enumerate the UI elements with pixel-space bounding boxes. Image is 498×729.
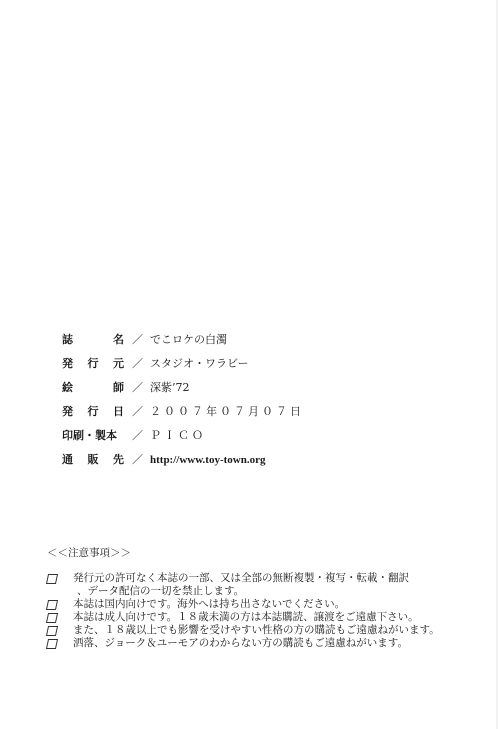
colophon-label: 発行日: [62, 404, 124, 420]
checkbox-square-icon: [46, 600, 58, 610]
notes-title: ＜＜注意事項＞＞: [47, 545, 440, 560]
label-char: 師: [113, 380, 124, 396]
note-item: 発行元の許可なく本誌の一部、又は全部の無断複製・複写・転載・翻訳、データ配信の一…: [47, 572, 440, 598]
label-char: 印刷・製本: [62, 428, 117, 444]
note-item: また、１８歳以上でも影響を受けやすい性格の方の購読もご遠慮ねがいます。: [47, 624, 440, 637]
label-char: 行: [88, 404, 99, 420]
checkbox-square-icon: [46, 639, 58, 649]
notes-section: ＜＜注意事項＞＞ 発行元の許可なく本誌の一部、又は全部の無断複製・複写・転載・翻…: [47, 545, 440, 650]
label-char: 先: [113, 452, 124, 468]
note-item: 本誌は成人向けです。１８歳未満の方は本誌購読、譲渡をご遠慮下さい。: [47, 611, 440, 624]
checkbox-square-icon: [46, 574, 58, 584]
checkbox-square-icon: [46, 613, 58, 623]
checkbox-square-icon: [46, 626, 58, 636]
colophon-label: 絵師: [62, 380, 124, 396]
note-text: 本誌は国内向けです。海外へは持ち出さないでください。: [73, 598, 345, 610]
label-char: 元: [113, 356, 124, 372]
note-text: また、１８歳以上でも影響を受けやすい性格の方の購読もご遠慮ねがいます。: [73, 624, 440, 636]
colophon-value: 深紫’72: [150, 380, 190, 396]
label-char: 発: [62, 356, 73, 372]
label-char: 日: [113, 404, 124, 420]
separator-slash: ／: [132, 356, 143, 372]
colophon-value: ２００７年０７月０７日: [150, 404, 304, 420]
colophon-value: ＰＩＣＯ: [150, 428, 206, 444]
separator-slash: ／: [132, 452, 143, 468]
note-text: 本誌は成人向けです。１８歳未満の方は本誌購読、譲渡をご遠慮下さい。: [73, 611, 419, 623]
separator-slash: ／: [132, 404, 143, 420]
note-item: 本誌は国内向けです。海外へは持ち出さないでください。: [47, 598, 440, 611]
label-char: 行: [88, 356, 99, 372]
label-char: 通: [62, 452, 73, 468]
note-item: 洒落、ジョーク＆ユーモアのわからない方の購読もご遠慮ねがいます。: [47, 637, 440, 650]
colophon-label: 通販先: [62, 452, 124, 468]
colophon-label: 印刷・製本: [62, 428, 124, 444]
colophon-label: 誌名: [62, 332, 124, 348]
label-char: 絵: [62, 380, 73, 396]
colophon-value: でこロケの白濁: [150, 332, 227, 348]
label-char: 販: [88, 452, 99, 468]
note-text: 発行元の許可なく本誌の一部、又は全部の無断複製・複写・転載・翻訳: [73, 572, 409, 584]
label-char: 名: [113, 332, 124, 348]
note-text: 洒落、ジョーク＆ユーモアのわからない方の購読もご遠慮ねがいます。: [73, 637, 408, 649]
separator-slash: ／: [132, 332, 143, 348]
colophon-value: http://www.toy-town.org: [150, 452, 266, 468]
label-char: 発: [62, 404, 73, 420]
separator-slash: ／: [132, 428, 143, 444]
notes-list: 発行元の許可なく本誌の一部、又は全部の無断複製・複写・転載・翻訳、データ配信の一…: [47, 572, 440, 650]
colophon-label: 発行元: [62, 356, 124, 372]
separator-slash: ／: [132, 380, 143, 396]
label-char: 誌: [62, 332, 73, 348]
colophon-value: スタジオ・ワラビー: [150, 356, 249, 372]
note-continuation: 、データ配信の一切を禁止します。: [73, 585, 440, 598]
